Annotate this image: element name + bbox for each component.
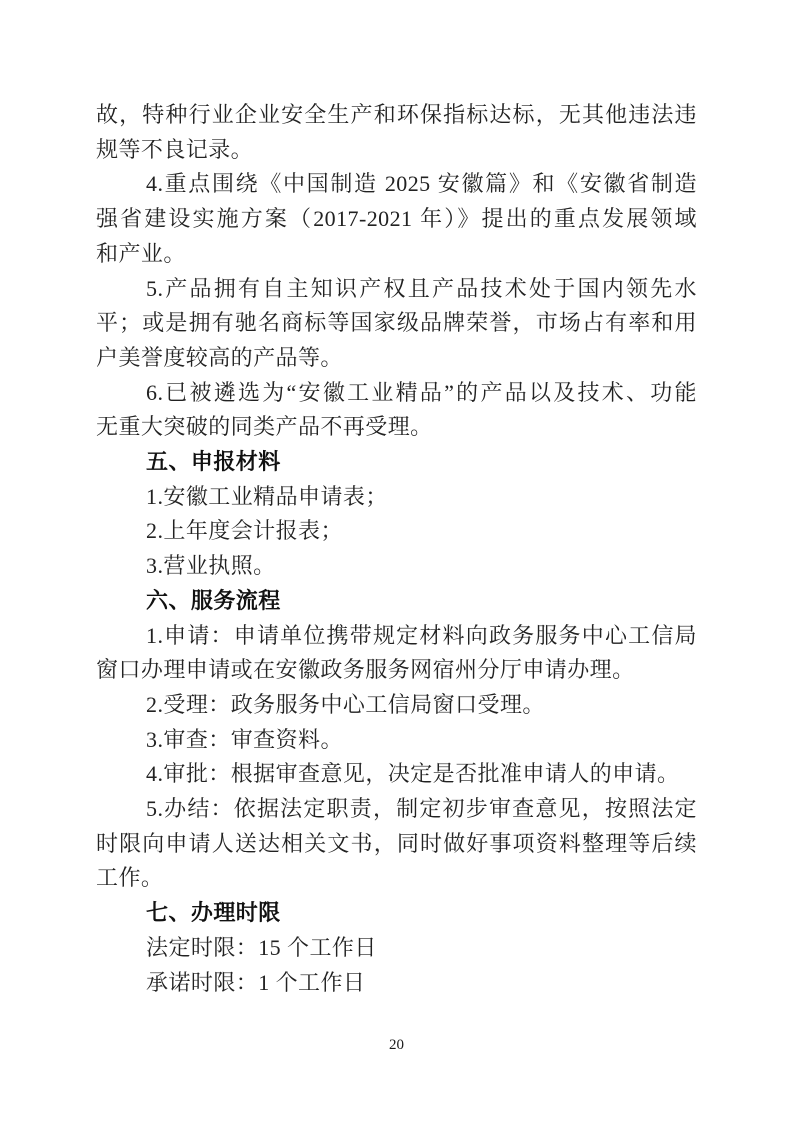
body-paragraph: 1.安徽工业精品申请表；	[96, 480, 697, 515]
text-line: 规等不良记录。	[96, 133, 697, 168]
section-heading: 五、申报材料	[96, 445, 697, 480]
body-paragraph: 承诺时限：1 个工作日	[96, 966, 697, 1001]
text-line: 2.上年度会计报表；	[96, 514, 697, 549]
text-line: 4.审批：根据审查意见，决定是否批准申请人的申请。	[96, 757, 697, 792]
body-paragraph: 法定时限：15 个工作日	[96, 931, 697, 966]
text-line: 和产业。	[96, 237, 697, 272]
section-heading: 六、服务流程	[96, 584, 697, 619]
text-line: 强省建设实施方案（2017-2021 年）》提出的重点发展领域	[96, 202, 697, 237]
text-line: 6.已被遴选为“安徽工业精品”的产品以及技术、功能	[96, 376, 697, 411]
text-line: 2.受理：政务服务中心工信局窗口受理。	[96, 688, 697, 723]
body-paragraph: 5.办结：依据法定职责，制定初步审查意见，按照法定时限向申请人送达相关文书，同时…	[96, 792, 697, 896]
body-paragraph: 2.上年度会计报表；	[96, 514, 697, 549]
text-line: 5.产品拥有自主知识产权且产品技术处于国内领先水	[96, 272, 697, 307]
body-paragraph: 4.审批：根据审查意见，决定是否批准申请人的申请。	[96, 757, 697, 792]
text-line: 故，特种行业企业安全生产和环保指标达标，无其他违法违	[96, 98, 697, 133]
section-heading: 七、办理时限	[96, 896, 697, 931]
body-paragraph: 故，特种行业企业安全生产和环保指标达标，无其他违法违规等不良记录。	[96, 98, 697, 167]
text-line: 时限向申请人送达相关文书，同时做好事项资料整理等后续	[96, 827, 697, 862]
text-line: 5.办结：依据法定职责，制定初步审查意见，按照法定	[96, 792, 697, 827]
text-line: 户美誉度较高的产品等。	[96, 341, 697, 376]
text-line: 1.安徽工业精品申请表；	[96, 480, 697, 515]
body-paragraph: 3.营业执照。	[96, 549, 697, 584]
text-line: 六、服务流程	[96, 584, 697, 619]
body-paragraph: 1.申请：申请单位携带规定材料向政务服务中心工信局窗口办理申请或在安徽政务服务网…	[96, 619, 697, 688]
body-paragraph: 2.受理：政务服务中心工信局窗口受理。	[96, 688, 697, 723]
text-line: 平；或是拥有驰名商标等国家级品牌荣誉，市场占有率和用	[96, 306, 697, 341]
text-line: 3.审查：审查资料。	[96, 723, 697, 758]
body-paragraph: 5.产品拥有自主知识产权且产品技术处于国内领先水平；或是拥有驰名商标等国家级品牌…	[96, 272, 697, 376]
text-line: 承诺时限：1 个工作日	[96, 966, 697, 1001]
text-line: 1.申请：申请单位携带规定材料向政务服务中心工信局	[96, 619, 697, 654]
text-line: 无重大突破的同类产品不再受理。	[96, 410, 697, 445]
document-page: 故，特种行业企业安全生产和环保指标达标，无其他违法违规等不良记录。4.重点围绕《…	[0, 0, 793, 1122]
text-line: 五、申报材料	[96, 445, 697, 480]
body-paragraph: 3.审查：审查资料。	[96, 723, 697, 758]
document-content: 故，特种行业企业安全生产和环保指标达标，无其他违法违规等不良记录。4.重点围绕《…	[96, 98, 697, 1000]
text-line: 工作。	[96, 861, 697, 896]
text-line: 3.营业执照。	[96, 549, 697, 584]
text-line: 法定时限：15 个工作日	[96, 931, 697, 966]
body-paragraph: 4.重点围绕《中国制造 2025 安徽篇》和《安徽省制造强省建设实施方案（201…	[96, 167, 697, 271]
page-number: 20	[0, 1037, 793, 1054]
body-paragraph: 6.已被遴选为“安徽工业精品”的产品以及技术、功能无重大突破的同类产品不再受理。	[96, 376, 697, 445]
text-line: 窗口办理申请或在安徽政务服务网宿州分厅申请办理。	[96, 653, 697, 688]
text-line: 七、办理时限	[96, 896, 697, 931]
text-line: 4.重点围绕《中国制造 2025 安徽篇》和《安徽省制造	[96, 167, 697, 202]
